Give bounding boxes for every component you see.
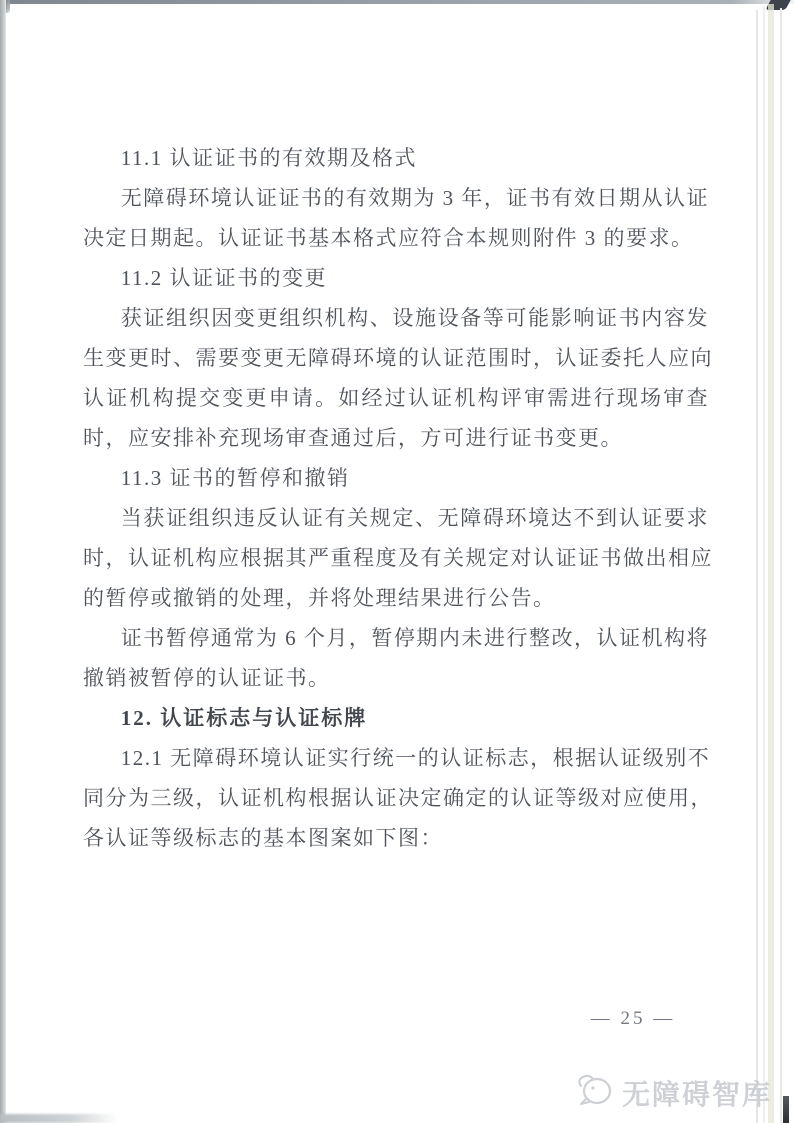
paragraph-line: 各认证等级标志的基本图案如下图： [83, 818, 709, 858]
paragraph-line: 撤销被暂停的认证证书。 [83, 658, 709, 698]
scan-bottom-right-mark [783, 1096, 789, 1123]
page-edge-line [763, 6, 765, 1123]
page-edge-band [768, 4, 774, 1123]
heading-11-3: 11.3 证书的暂停和撤销 [83, 458, 709, 498]
heading-11-2: 11.2 认证证书的变更 [83, 258, 709, 298]
paragraph-line: 当获证组织违反认证有关规定、无障碍环境达不到认证要求 [83, 498, 709, 538]
paragraph-line: 认证机构提交变更申请。如经过认证机构评审需进行现场审查 [83, 378, 709, 418]
paragraph-line: 决定日期起。认证证书基本格式应符合本规则附件 3 的要求。 [83, 218, 709, 258]
scan-left-edge-shadow [0, 0, 6, 1123]
paragraph-line: 时，认证机构应根据其严重程度及有关规定对认证证书做出相应 [83, 538, 709, 578]
scanned-document-page: 11.1 认证证书的有效期及格式 无障碍环境认证证书的有效期为 3 年，证书有效… [0, 0, 794, 1123]
page-number: — 25 — [548, 1008, 718, 1030]
scan-bottom-left-smudge [0, 1114, 118, 1123]
watermark: 无障碍智库 [573, 1072, 772, 1113]
paragraph-line: 同分为三级，认证机构根据认证决定确定的认证等级对应使用， [83, 778, 709, 818]
paragraph-line: 无障碍环境认证证书的有效期为 3 年，证书有效日期从认证 [83, 178, 709, 218]
paragraph-line: 的暂停或撤销的处理，并将处理结果进行公告。 [83, 578, 709, 618]
zhiku-mascot-logo-icon [573, 1072, 615, 1113]
paragraph-line: 12.1 无障碍环境认证实行统一的认证标志，根据认证级别不 [83, 738, 709, 778]
page-edge-line [780, 8, 782, 1123]
paragraph-line: 获证组织因变更组织机构、设施设备等可能影响证书内容发 [83, 298, 709, 338]
heading-12: 12. 认证标志与认证标牌 [83, 698, 709, 738]
paragraph-line: 生变更时、需要变更无障碍环境的认证范围时，认证委托人应向 [83, 338, 709, 378]
watermark-text: 无障碍智库 [622, 1073, 772, 1113]
heading-11-1: 11.1 认证证书的有效期及格式 [83, 138, 709, 178]
paragraph-line: 证书暂停通常为 6 个月，暂停期内未进行整改，认证机构将 [83, 618, 709, 658]
scan-top-edge-shadow [0, 0, 794, 4]
page-edge-line [756, 10, 758, 1123]
paragraph-line: 时，应安排补充现场审查通过后，方可进行证书变更。 [83, 418, 709, 458]
document-body: 11.1 认证证书的有效期及格式 无障碍环境认证证书的有效期为 3 年，证书有效… [83, 138, 709, 858]
